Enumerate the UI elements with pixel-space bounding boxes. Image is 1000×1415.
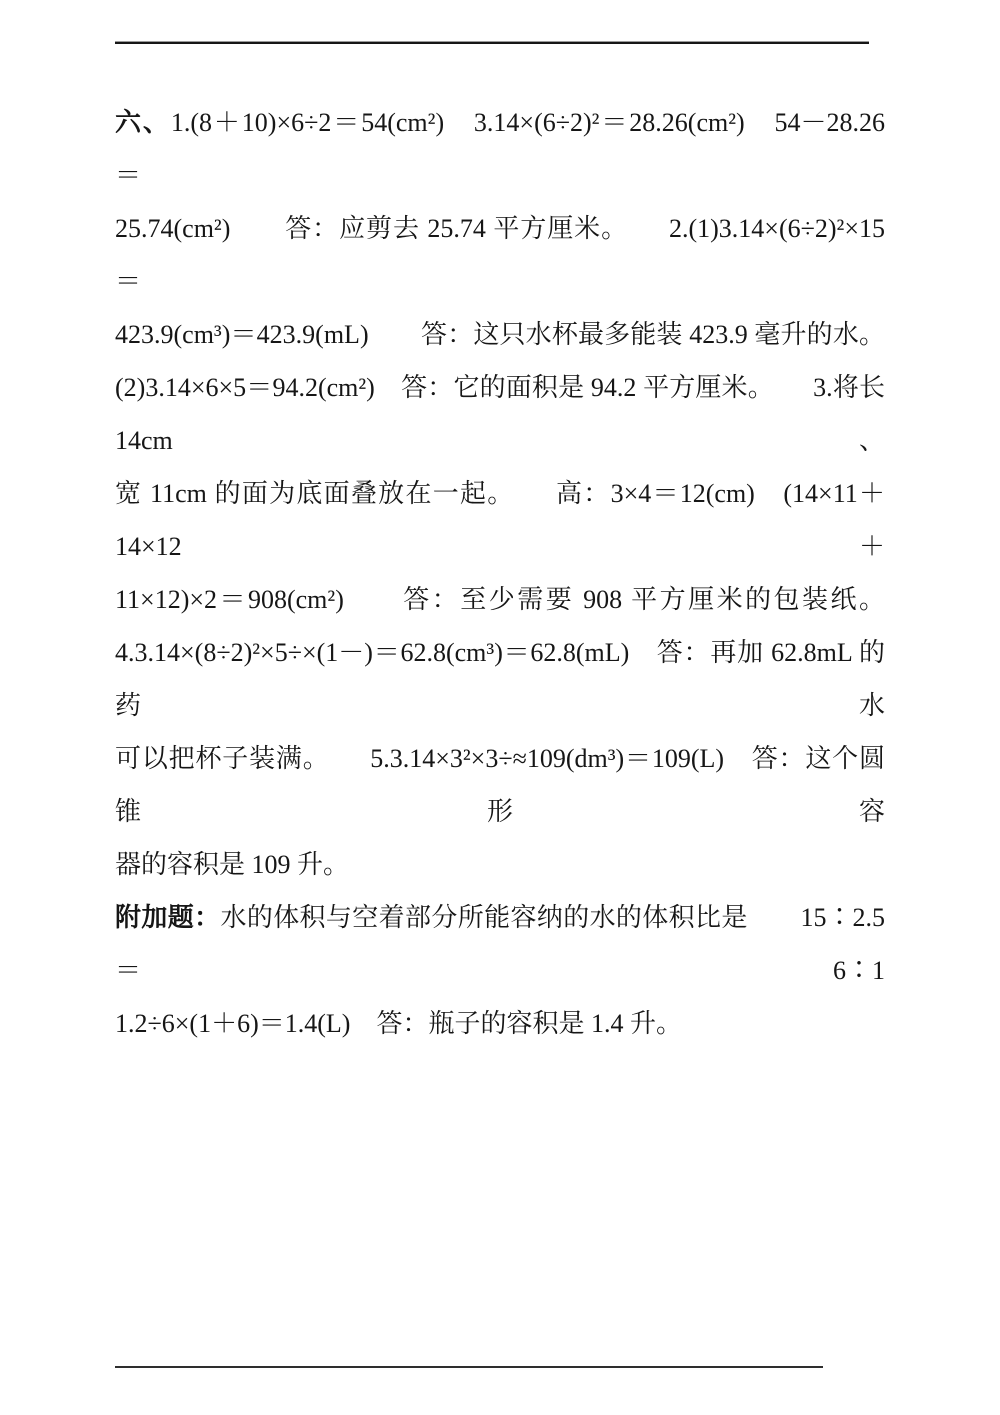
text-line: (2)3.14×6×5＝94.2(cm²) 答：它的面积是 94.2 平方厘米。… (115, 361, 885, 467)
document-page: 六、1.(8＋10)×6÷2＝54(cm²) 3.14×(6÷2)²＝28.26… (0, 0, 1000, 1415)
text-line: 1.2÷6×(1＋6)＝1.4(L) 答：瓶子的容积是 1.4 升。 (115, 997, 885, 1050)
bottom-rule (115, 1366, 823, 1368)
section-label: 附加题： (115, 903, 220, 932)
line-text: 宽 11cm 的面为底面叠放在一起。 高：3×4＝12(cm) (14×11＋1… (115, 479, 885, 561)
line-text: 水的体积与空着部分所能容纳的水的体积比是 15∶2.5＝6∶1 (115, 903, 885, 985)
text-line: 可以把杯子装满。 5.3.14×3²×3÷≈109(dm³)＝109(L) 答：… (115, 732, 885, 838)
text-line: 25.74(cm²) 答：应剪去 25.74 平方厘米。 2.(1)3.14×(… (115, 202, 885, 308)
section-label: 六、 (115, 108, 171, 137)
answer-text-block: 六、1.(8＋10)×6÷2＝54(cm²) 3.14×(6÷2)²＝28.26… (115, 96, 885, 1050)
line-text: 1.(8＋10)×6÷2＝54(cm²) 3.14×(6÷2)²＝28.26(c… (115, 108, 885, 190)
line-text: 423.9(cm³)＝423.9(mL) 答：这只水杯最多能装 423.9 毫升… (115, 320, 885, 349)
text-line: 11×12)×2＝908(cm²) 答：至少需要 908 平方厘米的包装纸。 (115, 573, 885, 626)
line-text: 4.3.14×(8÷2)²×5÷×(1－)＝62.8(cm³)＝62.8(mL)… (115, 638, 885, 720)
text-line: 宽 11cm 的面为底面叠放在一起。 高：3×4＝12(cm) (14×11＋1… (115, 467, 885, 573)
text-line: 423.9(cm³)＝423.9(mL) 答：这只水杯最多能装 423.9 毫升… (115, 308, 885, 361)
top-rule (115, 41, 869, 44)
text-line: 器的容积是 109 升。 (115, 838, 885, 891)
line-text: 器的容积是 109 升。 (115, 850, 349, 879)
line-text: 1.2÷6×(1＋6)＝1.4(L) 答：瓶子的容积是 1.4 升。 (115, 1009, 682, 1038)
text-line: 附加题：水的体积与空着部分所能容纳的水的体积比是 15∶2.5＝6∶1 (115, 891, 885, 997)
line-text: 25.74(cm²) 答：应剪去 25.74 平方厘米。 2.(1)3.14×(… (115, 214, 885, 296)
text-line: 六、1.(8＋10)×6÷2＝54(cm²) 3.14×(6÷2)²＝28.26… (115, 96, 885, 202)
line-text: (2)3.14×6×5＝94.2(cm²) 答：它的面积是 94.2 平方厘米。… (115, 373, 885, 455)
line-text: 可以把杯子装满。 5.3.14×3²×3÷≈109(dm³)＝109(L) 答：… (115, 744, 885, 826)
line-text: 11×12)×2＝908(cm²) 答：至少需要 908 平方厘米的包装纸。 (115, 585, 885, 614)
text-line: 4.3.14×(8÷2)²×5÷×(1－)＝62.8(cm³)＝62.8(mL)… (115, 626, 885, 732)
